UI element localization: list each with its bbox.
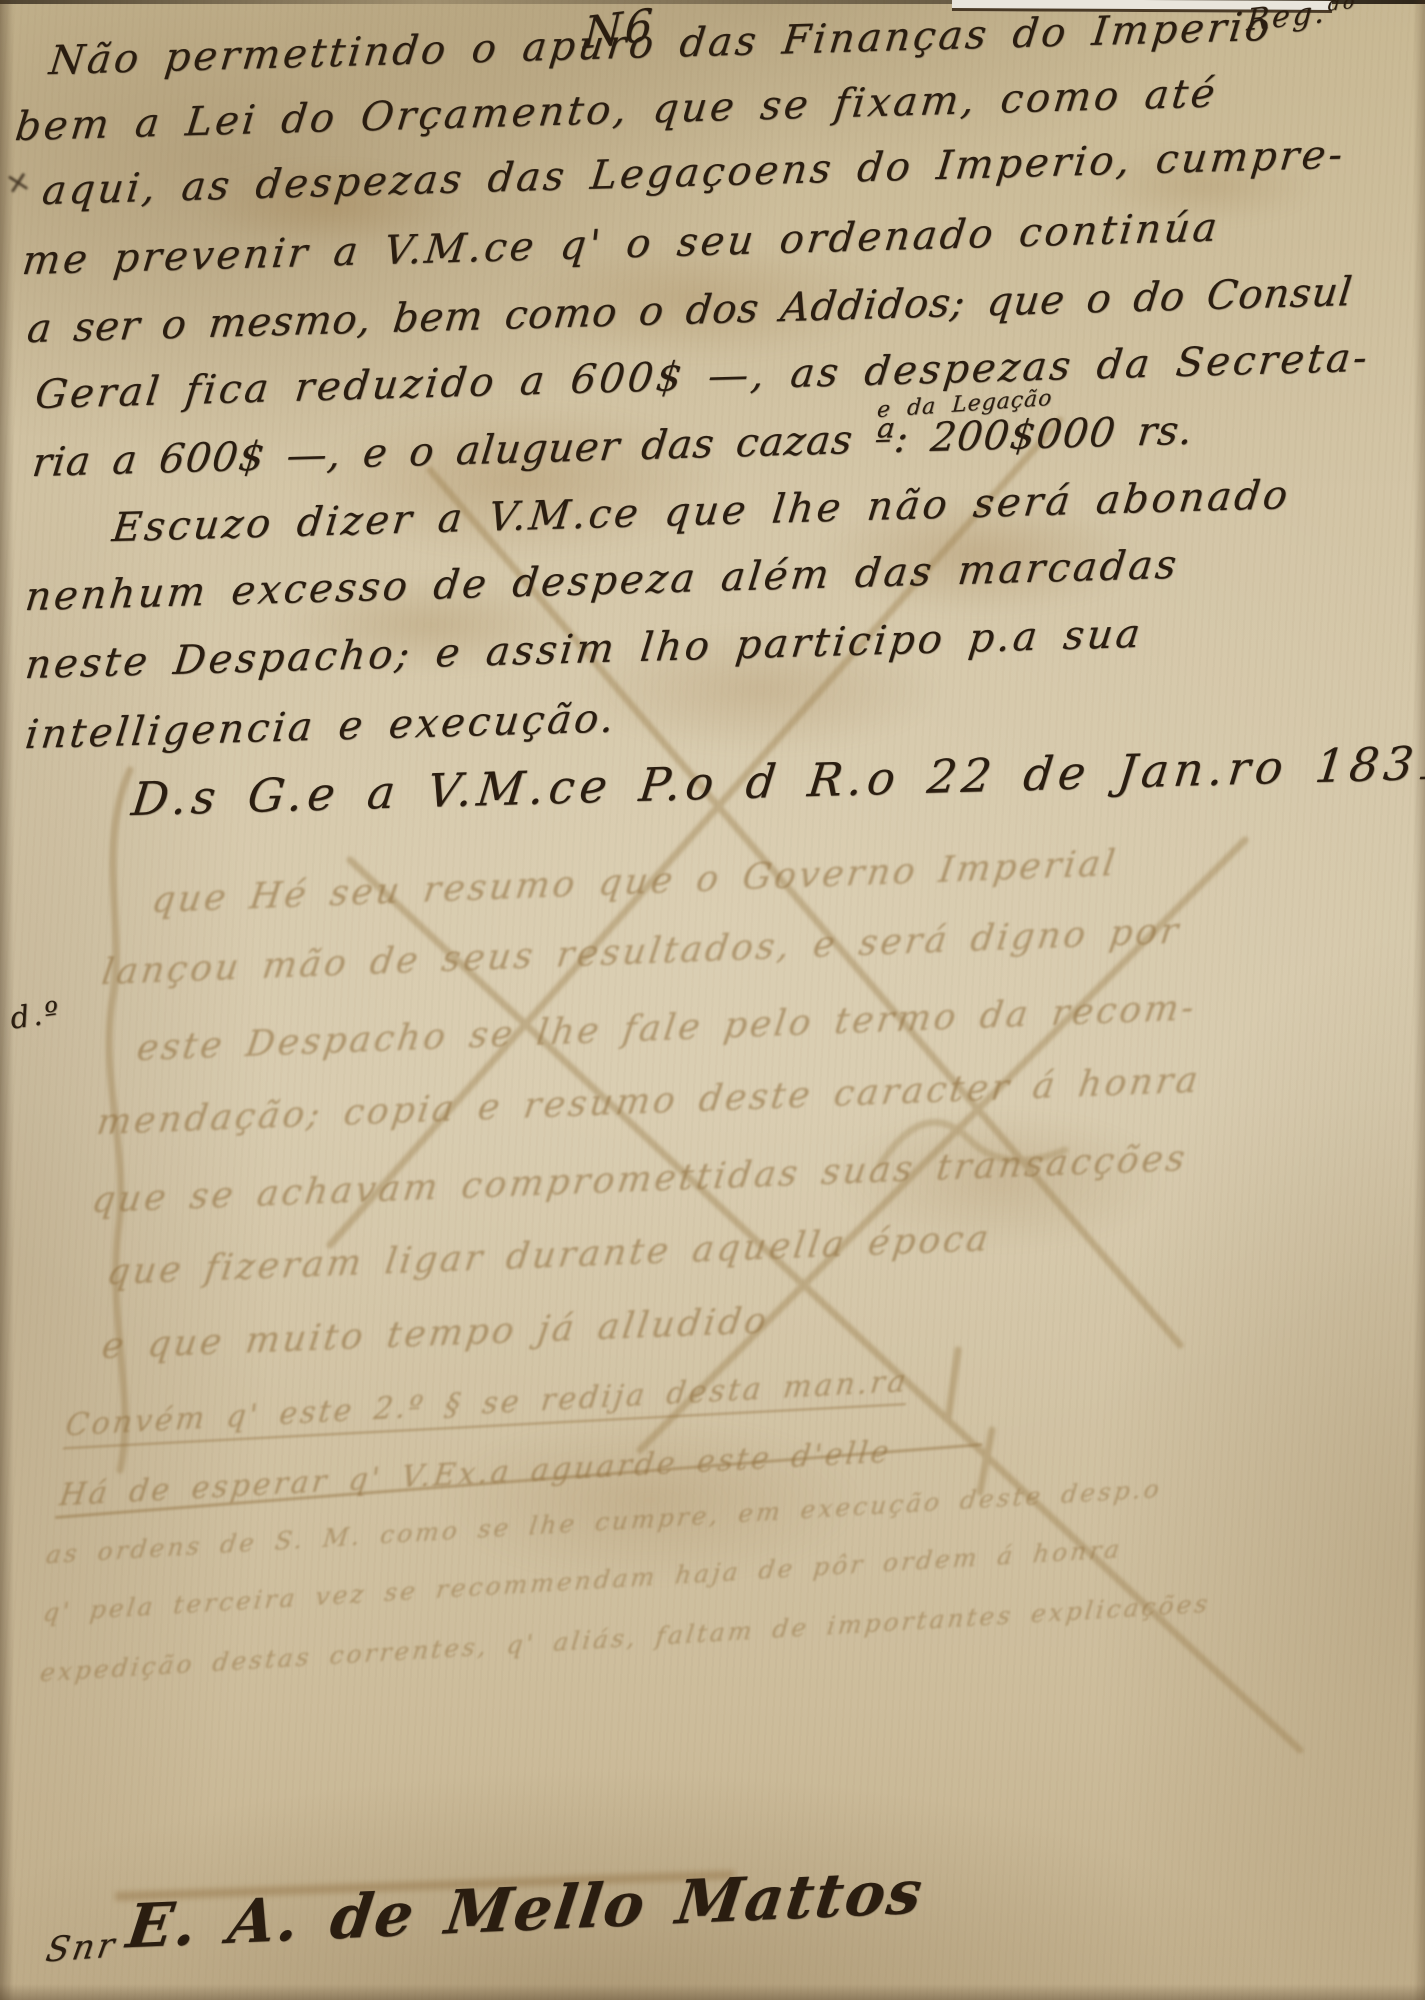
manuscript-line: Escuzo dizer a V.M.ce que lhe não será a…	[110, 472, 1293, 551]
manuscript-line: neste Despacho; e assim lho participo p.…	[23, 611, 1145, 688]
manuscript-line: a ser o mesmo, bem como o dos Addidos; q…	[25, 269, 1355, 352]
ghost-line: lançou mão de seus resultados, e será di…	[99, 911, 1183, 994]
ghost-tick	[980, 1430, 992, 1492]
manuscript-line: me prevenir a V.M.ce q' o seu ordenado c…	[20, 205, 1222, 285]
page-left-edge	[0, 0, 14, 2000]
manuscript-page: N6 Reg.do × d.º Não permettindo o apuro …	[0, 0, 1425, 2000]
ghost-line: que Hé seu resumo que o Governo Imperial	[149, 843, 1120, 921]
page-bottom-edge	[0, 1984, 1425, 2000]
registration-mark-superscript: do	[1327, 0, 1358, 16]
ghost-line: e que muito tempo já alludido	[99, 1300, 771, 1367]
manuscript-line: Não permettindo o apuro das Finanças do …	[47, 4, 1275, 84]
margin-side-note: d.º	[8, 995, 64, 1037]
ghost-line: que fizeram ligar durante aquella época	[104, 1218, 993, 1293]
ghost-line: este Despacho se lhe fale pelo termo da …	[134, 987, 1199, 1069]
manuscript-line: intelligencia e execução.	[23, 695, 619, 758]
manuscript-line: ria a 600$ —, e o aluguer das cazas ª: 2…	[30, 408, 1196, 487]
ghost-heading: Convém q' este 2.º § se redija desta man…	[63, 1364, 911, 1449]
ghost-line: mendação; copia e resumo deste caracter …	[94, 1060, 1203, 1144]
manuscript-line: aqui, as despezas das Legaçoens do Imper…	[40, 132, 1348, 215]
margin-cross-mark: ×	[2, 162, 37, 202]
manuscript-line: Geral fica reduzido a 600$ —, as despeza…	[33, 335, 1372, 418]
signature-prefix: Snr	[43, 1925, 120, 1971]
manuscript-line: nenhum excesso de despeza além das marca…	[23, 542, 1182, 620]
ghost-tick	[948, 1350, 958, 1420]
ghost-line: que se achavam compromettidas suas trans…	[89, 1138, 1190, 1221]
page-right-edge	[1413, 0, 1425, 2000]
signature: E. A. de Mello Mattos	[123, 1857, 928, 1962]
manuscript-line: bem a Lei do Orçamento, que se fixam, co…	[13, 70, 1220, 150]
